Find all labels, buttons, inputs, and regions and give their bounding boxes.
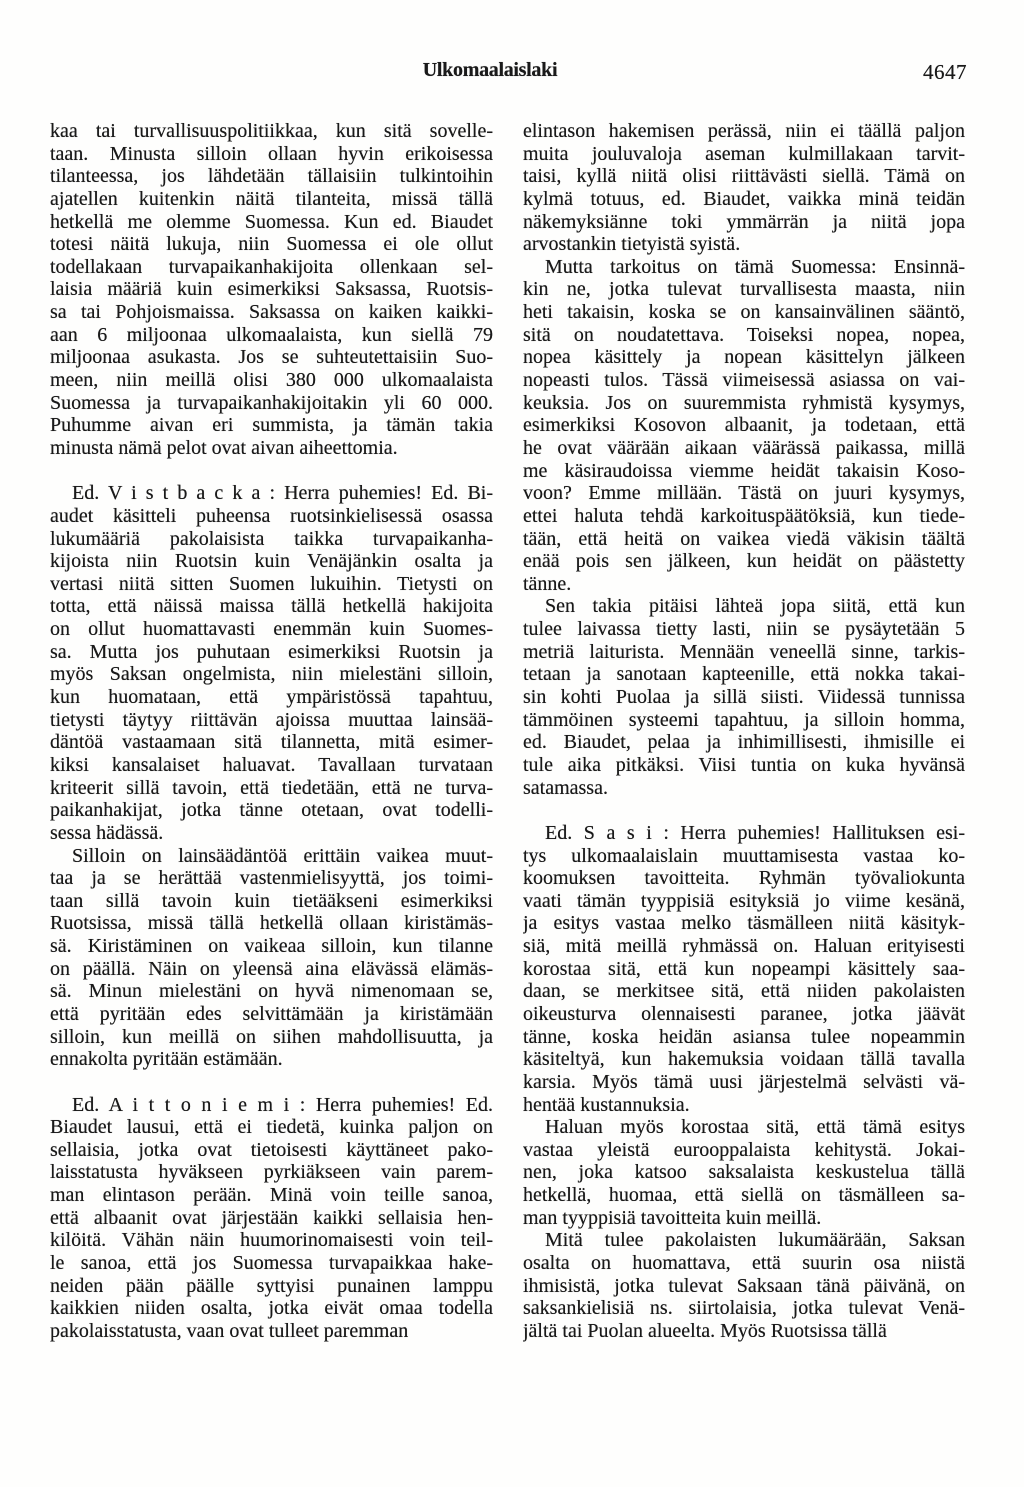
text-line: silloin, kun meillä on siihen mahdollisu… [50,1026,493,1049]
text-line: on päällä. Näin on yleensä aina elävässä… [50,958,493,981]
text-line: jältä tai Puolan alueelta. Myös Ruotsiss… [523,1320,965,1343]
text-line: taisi, kyllä niitä olisi riittävästi sie… [523,165,965,188]
speech-paragraph-vistbacka: Ed. V i s t b a c k a : Herra puhemies! … [50,482,493,844]
text-line: Ed. V i s t b a c k a : Herra puhemies! … [50,482,493,505]
text-line: le sanoa, että jos Suomessa turvapaikkaa… [50,1252,493,1275]
text-line: näkemyksiänne toki ymmärrän ja niitä jop… [523,211,965,234]
text-line: kijoista niin Ruotsin kuin Venäjänkin os… [50,550,493,573]
text-line: tietysti täytyy riittävän ajoissa muutta… [50,709,493,732]
text-line: korostaa sitä, että kun nopeampi käsitte… [523,958,965,981]
text-line: metriä laiturista. Mennään veneellä sinn… [523,641,965,664]
text-line: Suomessa ja turvapaikanhakijoitakin yli … [50,392,493,415]
text-line: tänne. [523,573,965,596]
text-line: Ed. S a s i : Herra puhemies! Hallitukse… [523,822,965,845]
text-line: neiden pään päälle syttyisi punainen lam… [50,1275,493,1298]
text-line: kriteerit sillä tavoin, että tiedetään, … [50,777,493,800]
text-line: Mutta tarkoitus on tämä Suomessa: Ensinn… [523,256,965,279]
text-line: kun huomataan, että ympäristössä tapahtu… [50,686,493,709]
text-line: audet käsitteli puheensa ruotsinkielises… [50,505,493,528]
text-line: minusta nämä pelot ovat aivan aiheettomi… [50,437,493,460]
text-line: sa. Mutta jos puhutaan esimerkiksi Ruots… [50,641,493,664]
text-line: tänne, koska heidän asiansa tulee nopeam… [523,1026,965,1049]
text-line: Ed. A i t t o n i e m i : Herra puhemies… [50,1094,493,1117]
text-line: ettei haluta tehdä karkoituspäätöksiä, k… [523,505,965,528]
text-line: ennakolta pyritään estämään. [50,1048,493,1071]
page-title: Ulkomaalaislaki [0,59,980,82]
text-line: vaati tämän tyyppisiä esityksiä jo viime… [523,890,965,913]
text-line: sitä on noudatettava. Toiseksi nopea, no… [523,324,965,347]
text-line: sessa hädässä. [50,822,493,845]
text-line: tulee laivassa tietty lasti, niin se pys… [523,618,965,641]
text-line: saksankielisiä ns. siirtolaisia, jotka t… [523,1297,965,1320]
right-column: elintason hakemisen perässä, niin ei tää… [523,120,965,1343]
text-line: sa tai Pohjoismaissa. Saksassa on kaiken… [50,301,493,324]
text-line: käsiteltyä, kun hakemuksia voidaan tällä… [523,1048,965,1071]
text-line: daan, se merkitsee sitä, että niiden pak… [523,980,965,1003]
text-line: sin kohti Puolaa ja sillä siisti. Viides… [523,686,965,709]
left-column: kaa tai turvallisuuspolitiikkaa, kun sit… [50,120,493,1343]
text-line: kin ne, jotka tulevat turvallisesta maas… [523,278,965,301]
text-line: ja esitys vastaa melko täsmälleen niitä … [523,912,965,935]
text-line: tetaan ja sanotaan kapteenille, että nok… [523,663,965,686]
text-line: nen, joka katsoo saksalaista keskustelua… [523,1161,965,1184]
text-line: kiksi kansalaiset haluavat. Tavallaan tu… [50,754,493,777]
text-line: miljoonaa asukasta. Jos se suhteutettais… [50,346,493,369]
text-line: että pyritään edes selvittämään ja kiris… [50,1003,493,1026]
text-line: arvostankin tietyistä syistä. [523,233,965,256]
paragraph: Haluan myös korostaa sitä, että tämä esi… [523,1116,965,1229]
text-line: sellaisia, jotka ovat tietoisesti käyttä… [50,1139,493,1162]
text-line: vastaa yleistä eurooppalaista kehitystä.… [523,1139,965,1162]
text-line: hetkellä, huomaa, että siellä on täsmäll… [523,1184,965,1207]
text-line: tään, että heitä on vaikea viedä väkisin… [523,528,965,551]
text-line: oikeusturva olennaisesti paranee, jotka … [523,1003,965,1026]
text-line: Sen takia pitäisi lähteä jopa siitä, ett… [523,595,965,618]
text-line: tilanteessa, jos lähdetään tällaisiin tu… [50,165,493,188]
text-line: däntöä vastaamaan sitä tilannetta, mitä … [50,731,493,754]
text-line: siä, mitä meillä ryhmässä on. Haluan eri… [523,935,965,958]
text-line: hentää kustannuksia. [523,1094,965,1117]
paragraph: elintason hakemisen perässä, niin ei tää… [523,120,965,256]
text-line: Haluan myös korostaa sitä, että tämä esi… [523,1116,965,1139]
text-line: ed. Biaudet, pelaa ja inhimillisesti, ih… [523,731,965,754]
text-line: todellakaan turvapaikanhakijoita ollenka… [50,256,493,279]
text-columns: kaa tai turvallisuuspolitiikkaa, kun sit… [50,120,965,1343]
text-line: nopea käsittely ja nopean käsittelyn jäl… [523,346,965,369]
document-page: Ulkomaalaislaki 4647 kaa tai turvallisuu… [0,0,1024,1487]
text-line: koomuksen tavoitteita. Ryhmän työvalioku… [523,867,965,890]
text-line: heti takaisin, koska se on kansainväline… [523,301,965,324]
text-line: kilöitä. Vähän näin huumorinomaisesti vo… [50,1229,493,1252]
text-line: Puhumme aivan eri summista, ja tämän tak… [50,414,493,437]
text-line: tys ulkomaalaislain muuttamisesta vastaa… [523,845,965,868]
text-line: Silloin on lainsäädäntöä erittäin vaikea… [50,845,493,868]
text-line: lukumääriä pakolaisista taikka turvapaik… [50,528,493,551]
speech-paragraph-sasi: Ed. S a s i : Herra puhemies! Hallitukse… [523,822,965,1116]
text-line: man tyyppisiä tavoitteita kuin meillä. [523,1207,965,1230]
text-line: myös Saksan ongelmista, niin mielestäni … [50,663,493,686]
text-line: meen, niin meillä olisi 380 000 ulkomaal… [50,369,493,392]
text-line: kylmä totuus, ed. Biaudet, vaikka minä t… [523,188,965,211]
text-line: satamassa. [523,777,965,800]
text-line: elintason hakemisen perässä, niin ei tää… [523,120,965,143]
text-line: aan 6 miljoonaa ulkomaalaista, kun siell… [50,324,493,347]
text-line: nopeasti tulos. Tässä viimeisessä asiass… [523,369,965,392]
text-line: osalta on huomattava, että suurin osa ni… [523,1252,965,1275]
text-line: ihmisistä, jotka tulevat Saksaan tänä pä… [523,1275,965,1298]
text-line: karsia. Myös tämä uusi järjestelmä selvä… [523,1071,965,1094]
text-line: taa ja se herättää vastenmielisyyttä, jo… [50,867,493,890]
text-line: he ovat väärään aikaan väärässä paikassa… [523,437,965,460]
paragraph: Mitä tulee pakolaisten lukumäärään, Saks… [523,1229,965,1342]
text-line: laisstatusta hyväkseen pyrkiäkseen vain … [50,1161,493,1184]
text-line: Mitä tulee pakolaisten lukumäärään, Saks… [523,1229,965,1252]
text-line: Biaudet lausui, että ei tiedetä, kuinka … [50,1116,493,1139]
text-line: esimerkiksi Kosovon albaanit, ja todetaa… [523,414,965,437]
text-line: kaa tai turvallisuuspolitiikkaa, kun sit… [50,120,493,143]
text-line: sä. Kiristäminen on vaikeaa silloin, kun… [50,935,493,958]
text-line: ajatellen kuitenkin näitä tilanteita, mi… [50,188,493,211]
text-line: keuksia. Jos on suuremmista ryhmistä kys… [523,392,965,415]
paragraph: kaa tai turvallisuuspolitiikkaa, kun sit… [50,120,493,460]
text-line: voon? Emme millään. Tästä on juuri kysym… [523,482,965,505]
text-line: että albaanit ovat järjestään kaikki sel… [50,1207,493,1230]
text-line: man elintason perään. Minä voin teille s… [50,1184,493,1207]
text-line: taan. Minusta silloin ollaan hyvin eriko… [50,143,493,166]
paragraph: Sen takia pitäisi lähteä jopa siitä, ett… [523,595,965,799]
text-line: on ollut huomattavasti enemmän kuin Suom… [50,618,493,641]
text-line: totta, että näissä maissa tällä hetkellä… [50,595,493,618]
text-line: kaikkien niiden osalta, jotka eivät omaa… [50,1297,493,1320]
paragraph: Silloin on lainsäädäntöä erittäin vaikea… [50,845,493,1071]
paragraph: Mutta tarkoitus on tämä Suomessa: Ensinn… [523,256,965,596]
text-line: vertasi niitä sitten Suomen lukuihin. Ti… [50,573,493,596]
text-line: me käsiraudoissa viemme heidät takaisin … [523,460,965,483]
text-line: hetkellä me olemme Suomessa. Kun ed. Bia… [50,211,493,234]
text-line: muita jouluvaloja aseman kulmillakaan ta… [523,143,965,166]
text-line: totesi näitä lukuja, niin Suomessa ei ol… [50,233,493,256]
text-line: laisia määriä kuin esimerkiksi Saksassa,… [50,278,493,301]
text-line: paikanhakijat, jotka tänne otetaan, ovat… [50,799,493,822]
text-line: tämmöinen systeemi tapahtuu, ja silloin … [523,709,965,732]
speech-paragraph-aittoniemi: Ed. A i t t o n i e m i : Herra puhemies… [50,1094,493,1343]
text-line: sä. Minun mielestäni on hyvä nimenomaan … [50,980,493,1003]
text-line: enää pois sen jälkeen, kun heidät on pää… [523,550,965,573]
text-line: taan sillä tavoin kuin tietääkseni esime… [50,890,493,913]
text-line: pakolaisstatusta, vaan ovat tulleet pare… [50,1320,493,1343]
page-number: 4647 [923,60,967,85]
text-line: Ruotsissa, missä tällä hetkellä ollaan k… [50,912,493,935]
text-line: tule aika pitkäksi. Viisi tuntia on kuka… [523,754,965,777]
